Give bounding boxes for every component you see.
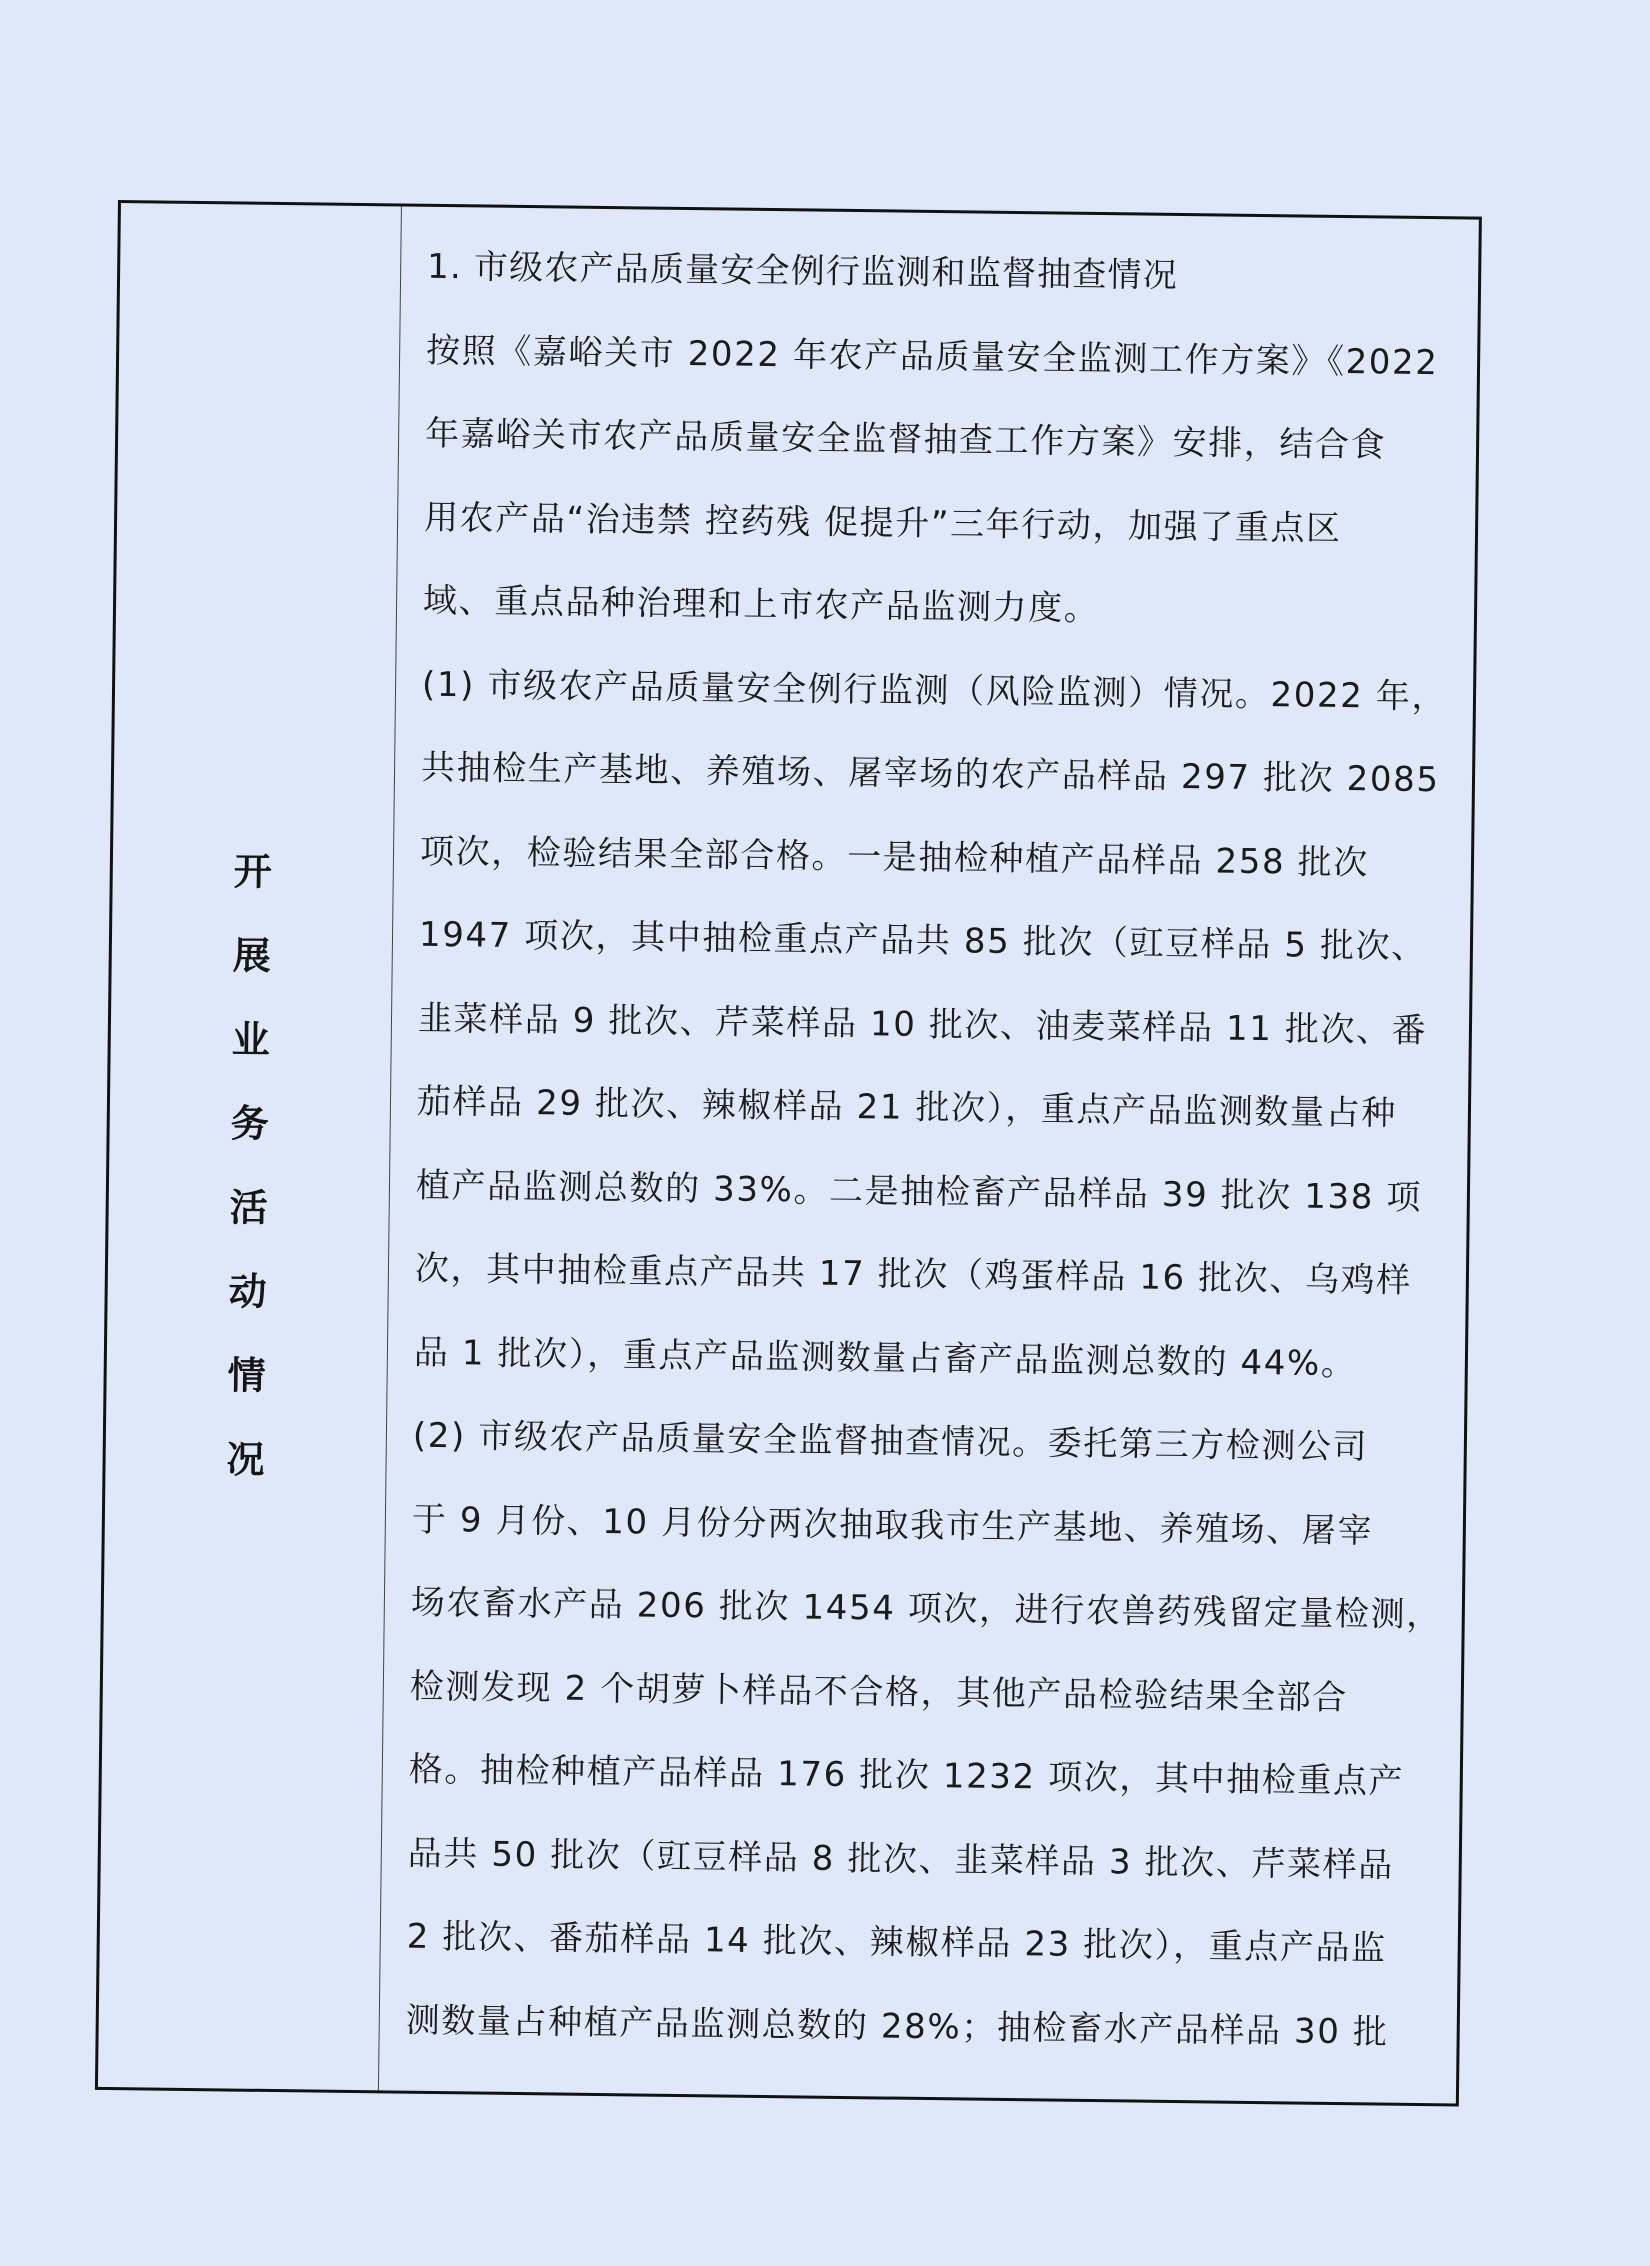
row-label-char: 情 bbox=[227, 1333, 266, 1417]
paragraph-line: 品 1 批次），重点产品监测数量占畜产品监测总数的 44%。 bbox=[413, 1322, 1445, 1418]
paragraph-line: 植产品监测总数的 33%。二是抽检畜产品样品 39 批次 138 项 bbox=[415, 1155, 1447, 1251]
paragraph-line: 场农畜水产品 206 批次 1454 项次，进行农兽药残留定量检测， bbox=[410, 1573, 1442, 1669]
paragraph-line: 格。抽检种植产品样品 176 批次 1232 项次，其中抽检重点产 bbox=[408, 1740, 1440, 1836]
paragraph-line: 按照《嘉峪关市 2022 年农产品质量安全监测工作方案》《2022 bbox=[425, 320, 1457, 416]
paragraph-line: 1947 项次，其中抽检重点产品共 85 批次（豇豆样品 5 批次、 bbox=[418, 905, 1450, 1001]
row-label-char: 展 bbox=[232, 913, 271, 997]
paragraph-line: 域、重点品种治理和上市农产品监测力度。 bbox=[422, 571, 1454, 667]
paragraph-line: 于 9 月份、10 月份分两次抽取我市生产基地、养殖场、屠宰 bbox=[411, 1489, 1443, 1585]
paragraph-line: 项次，检验结果全部合格。一是抽检种植产品样品 258 批次 bbox=[419, 821, 1451, 917]
row-label-vertical: 开 展 业 务 活 动 情 况 bbox=[105, 828, 393, 1503]
subsection-line: (2) 市级农产品质量安全监督抽查情况。委托第三方检测公司 bbox=[412, 1406, 1444, 1502]
paragraph-line: 共抽检生产基地、养殖场、屠宰场的农产品样品 297 批次 2085 bbox=[420, 738, 1452, 834]
row-label-char: 动 bbox=[228, 1249, 267, 1333]
paragraph-line: 次，其中抽检重点产品共 17 批次（鸡蛋样品 16 批次、乌鸡样 bbox=[414, 1239, 1446, 1335]
table-row: 开 展 业 务 活 动 情 况 1. 市级农产品质量安全例行监测和监督抽查情况 … bbox=[95, 200, 1482, 2107]
report-table: 开 展 业 务 活 动 情 况 1. 市级农产品质量安全例行监测和监督抽查情况 … bbox=[95, 200, 1482, 2107]
paragraph-line: 测数量占种植产品监测总数的 28%；抽检畜水产品样品 30 批 bbox=[405, 1990, 1437, 2086]
row-label-char: 活 bbox=[229, 1165, 268, 1249]
paragraph-line: 年嘉峪关市农产品质量安全监督抽查工作方案》安排，结合食 bbox=[424, 404, 1456, 500]
paragraph-line: 检测发现 2 个胡萝卜样品不合格，其他产品检验结果全部合 bbox=[409, 1656, 1441, 1752]
paragraph-line: 韭菜样品 9 批次、芹菜样品 10 批次、油麦菜样品 11 批次、番 bbox=[417, 988, 1449, 1084]
row-label-char: 况 bbox=[226, 1417, 265, 1501]
paragraph-line: 用农产品“治违禁 控药残 促提升”三年行动，加强了重点区 bbox=[423, 487, 1455, 583]
section-heading: 1. 市级农产品质量安全例行监测和监督抽查情况 bbox=[426, 237, 1458, 333]
subsection-line: (1) 市级农产品质量安全例行监测（风险监测）情况。2022 年， bbox=[421, 654, 1453, 750]
paragraph-line: 茄样品 29 批次、辣椒样品 21 批次），重点产品监测数量占种 bbox=[416, 1072, 1448, 1168]
row-label-char: 务 bbox=[230, 1081, 269, 1165]
row-label-char: 开 bbox=[233, 829, 272, 913]
paragraph-line: 品共 50 批次（豇豆样品 8 批次、韭菜样品 3 批次、芹菜样品 bbox=[407, 1823, 1439, 1919]
paragraph-line: 2 批次、番茄样品 14 批次、辣椒样品 23 批次），重点产品监 bbox=[406, 1907, 1438, 2003]
row-label-char: 业 bbox=[231, 997, 270, 1081]
content-cell: 1. 市级农产品质量安全例行监测和监督抽查情况 按照《嘉峪关市 2022 年农产… bbox=[379, 206, 1479, 2103]
scanned-document-page: 开 展 业 务 活 动 情 况 1. 市级农产品质量安全例行监测和监督抽查情况 … bbox=[0, 0, 1650, 2266]
row-label-cell: 开 展 业 务 活 动 情 况 bbox=[98, 203, 402, 2090]
